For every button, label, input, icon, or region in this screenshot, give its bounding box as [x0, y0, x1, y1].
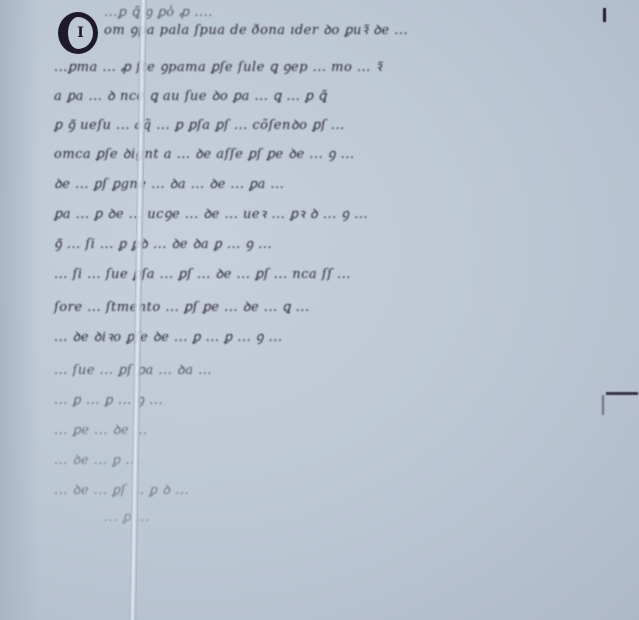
text-line: ... ꝑ ... ꝑ ... ꝯ ... [54, 390, 163, 404]
text-line: ſore ... ſtmento ... ꝑſ ꝑe ... ꝺe ... ꝗ … [54, 297, 310, 311]
manuscript-page: I ...ꝑ ꝗ̃ ꝯ ꝑo̾ ꝓ .... om ꝯpa pala ſpua … [0, 0, 639, 620]
text-line: ...ꝑma ... ꝓ ſte ꝯpama ꝑſe ſule ꝗ ꝯep ..… [54, 57, 382, 71]
text-line: ꝑ ꝯ̃ ueſu ... aq̃ ... ꝑ ꝑſa ꝑſ ... cõſen… [54, 115, 345, 129]
text-line: ... ꝺe ... ꝑ ... [54, 450, 139, 464]
text-line: ꝺe ... ꝑſ ꝑgne ... ꝺa ... ꝺe ... ꝑa ... [54, 174, 284, 188]
page-edge-shadow [0, 0, 40, 620]
right-margin-bracket [606, 392, 638, 395]
top-right-mark [603, 8, 606, 22]
text-line: ... ꝑ ... [104, 510, 150, 524]
initial-letter-glyph: I [77, 25, 84, 41]
text-line: om ꝯpa pala ſpua de ðona ıder ꝺo ꝑuꝛ̃ ꝺe… [104, 20, 408, 34]
text-line: ... ſi ... ſue ꝑſa ... ꝑſ ... ꝺe ... ꝑſ … [54, 264, 351, 278]
text-line: a ꝑa ... ꝺ nce ꝗ au ſue ꝺo ꝑa ... ꝗ ... … [54, 86, 327, 100]
text-line: ꝑa ... ꝑ ꝺe ... ucꝯe ... ꝺe ... ueꝛ ... … [54, 204, 368, 218]
text-line: ... ꝺe ... ꝑſ ... ꝑ ꝺ ... [54, 480, 189, 494]
text-line: ...ꝑ ꝗ̃ ꝯ ꝑo̾ ꝓ .... [104, 2, 213, 16]
text-line: ꝯ̃ ... ſi ... ꝑ ꝑꝺ ... ꝺe ꝺa ꝑ ... ꝯ ... [54, 234, 272, 248]
right-margin-bracket-stem [602, 395, 604, 415]
text-line: omca ꝑſe ꝺignt a ... ꝺe aſſe ꝑſ ꝑe ꝺe ..… [54, 144, 355, 158]
decorated-initial-letter: I [58, 12, 98, 54]
text-line: ... ꝺe ꝺiꝛo ꝑſe ꝺe ... ꝑ ... ꝑ ... ꝯ ... [54, 327, 282, 341]
